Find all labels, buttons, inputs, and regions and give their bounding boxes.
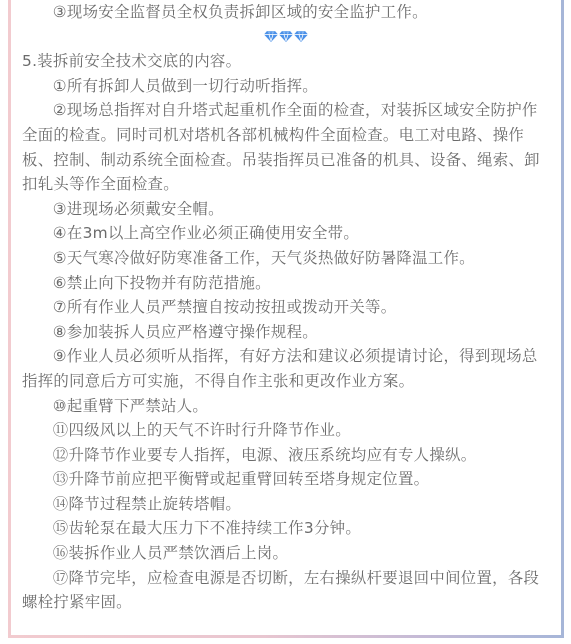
- list-item: ⑮齿轮泵在最大压力下不准持续工作3分钟。: [22, 516, 550, 541]
- article-content: ③现场安全监督员全权负责拆卸区域的安全监护工作。 5.装拆前安全技术交底的内容。…: [22, 0, 550, 615]
- list-item: ⑩起重臂下严禁站人。: [22, 394, 550, 419]
- list-item: ⑨作业人员必须听从指挥，有好方法和建议必须提请讨论，得到现场总指挥的同意后方可实…: [22, 344, 550, 393]
- section-title: 5.装拆前安全技术交底的内容。: [22, 49, 550, 74]
- safety-items-list: ①所有拆卸人员做到一切行动听指挥。 ②现场总指挥对自升塔式起重机作全面的检查，对…: [22, 74, 550, 615]
- list-item: ⑥禁止向下投物并有防范措施。: [22, 271, 550, 296]
- list-item: ⑧参加装拆人员应严格遵守操作规程。: [22, 320, 550, 345]
- list-item: ④在3m以上高空作业必须正确使用安全带。: [22, 221, 550, 246]
- list-item: ②现场总指挥对自升塔式起重机作全面的检查，对装拆区域安全防护作全面的检查。同时司…: [22, 98, 550, 196]
- list-item: ⑬升降节前应把平衡臂或起重臂回转至塔身规定位置。: [22, 467, 550, 492]
- list-item: ⑭降节过程禁止旋转塔帽。: [22, 492, 550, 517]
- list-item: ⑤天气寒冷做好防寒准备工作，天气炎热做好防暑降温工作。: [22, 246, 550, 271]
- list-item: ⑰降节完毕，应检查电源是否切断，左右操纵杆要退回中间位置，各段螺栓拧紧牢固。: [22, 566, 550, 615]
- diamond-icon: [279, 31, 293, 42]
- section-divider: [22, 25, 550, 50]
- list-item: ⑦所有作业人员严禁擅自按动按扭或拨动开关等。: [22, 295, 550, 320]
- diamond-icon: [264, 31, 278, 42]
- diamond-icon: [294, 31, 308, 42]
- safety-supervisor-item: ③现场安全监督员全权负责拆卸区域的安全监护工作。: [22, 0, 550, 25]
- list-item: ⑪四级风以上的天气不许时行升降节作业。: [22, 418, 550, 443]
- list-item: ③进现场必须戴安全帽。: [22, 197, 550, 222]
- list-item: ⑫升降节作业要专人指挥，电源、液压系统均应有专人操纵。: [22, 443, 550, 468]
- list-item: ⑯装拆作业人员严禁饮酒后上岗。: [22, 541, 550, 566]
- list-item: ①所有拆卸人员做到一切行动听指挥。: [22, 74, 550, 99]
